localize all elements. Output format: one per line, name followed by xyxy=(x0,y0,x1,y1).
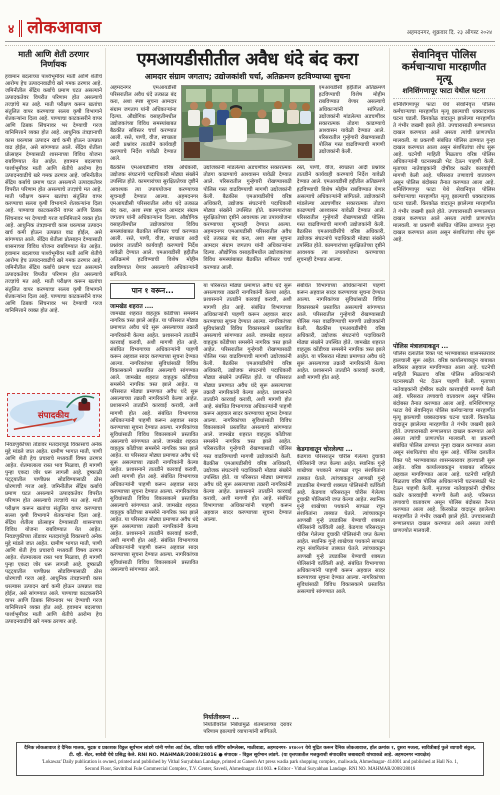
masthead-rule xyxy=(5,41,495,46)
export-subheadline: निर्यातीवरून ... xyxy=(203,712,291,721)
main-subheadline: आमदार संग्राम जगताप; उद्योजकांशी चर्चा, … xyxy=(110,72,385,82)
section-divider xyxy=(110,280,385,281)
main-headline: एमआयडीसीतील अवैध धंदे बंद करा xyxy=(110,51,385,70)
imprint-marathi-line2: टी. व्ही. सेंटर, सावेडी येथे प्रसिद्ध के… xyxy=(23,752,477,759)
imprint-english-line1: 'Lokawaz' Daily publication is owned, pr… xyxy=(23,759,477,766)
page-number: ४ xyxy=(8,20,22,37)
masthead: ४ लोकआवाज अहमदनगर, शुक्रवार दि. २३ ऑगस्ट… xyxy=(0,0,500,40)
imprint-marathi-line1: दैनिक लोकआवाज हे दैनिक मालक, मुद्रक व प्… xyxy=(23,745,477,752)
lede-row: अहमदनगर एमआयडीसी परिसरातील अवैध धंदे तत्… xyxy=(110,85,385,161)
continuation-col3-text: संबंधित विभागाच्या अधिकाऱ्यांनी पाहणी कर… xyxy=(297,283,385,441)
meeting-photo-illustration xyxy=(182,86,314,160)
main-story-columns: बैठकीस एमआयडीसीचे वरिष्ठ अधिकारी, उद्योज… xyxy=(110,165,385,277)
police-ministry-subheadline: पोलिस मंत्रालयाकडून ... xyxy=(393,341,495,350)
continuation-lead: जामखेड शहरात .... xyxy=(110,302,198,310)
page-body: माती आणि शेती ठरणार निर्णायक हवामान बदला… xyxy=(0,48,500,738)
editorial-graphic: संपादकीय xyxy=(7,393,100,437)
newspaper-logo: लोकआवाज xyxy=(27,15,101,38)
continuation-col2-text: या परिसरात मोठ्या प्रमाणात अवैध धंदे सुर… xyxy=(203,283,291,709)
dateline: अहमदनगर, शुक्रवार दि. २३ ऑगस्ट २०२४ xyxy=(407,28,492,38)
continuation-col1-text: जामखेड शहरात वाहतूक कोंडीच्या समस्येने न… xyxy=(110,311,198,738)
continuation-col3: संबंधित विभागाच्या अधिकाऱ्यांनी पाहणी कर… xyxy=(297,283,385,738)
right-article-body-bottom: पोलिस दलातील रिक्त पदे भरण्याबाबत शासनस्… xyxy=(393,351,495,738)
brand: ४ लोकआवाज xyxy=(8,15,102,38)
right-article-body-top: शनिशिंगणापूर फाटा येथे सेवानिवृत्त पोलिस… xyxy=(393,102,495,338)
from-page-1-box: पान १ वरून... xyxy=(110,283,195,299)
continuation-col1: पान १ वरून... जामखेड शहरात .... जामखेड श… xyxy=(110,283,198,738)
center-section: एमआयडीसीतील अवैध धंदे बंद करा आमदार संग्… xyxy=(106,48,389,738)
newspaper-page: ४ लोकआवाज अहमदनगर, शुक्रवार दि. २३ ऑगस्ट… xyxy=(0,0,500,795)
continuation-section: पान १ वरून... जामखेड शहरात .... जामखेड श… xyxy=(110,283,385,738)
continuation-col2: या परिसरात मोठ्या प्रमाणात अवैध धंदे सुर… xyxy=(203,283,291,738)
lede-left-text: अहमदनगर एमआयडीसी परिसरातील अवैध धंदे तत्… xyxy=(110,85,177,161)
left-article-body-bottom: निवडणुकीच्या तोंडावर मतदारांपुढे विकासाच… xyxy=(5,442,102,738)
imprint-box: दैनिक लोकआवाज हे दैनिक मालक, मुद्रक व प्… xyxy=(16,742,484,776)
right-article-headline: सेवानिवृत्त पोलिस कर्मचाऱ्याचा मारहाणीत … xyxy=(393,50,495,86)
meeting-photo xyxy=(181,85,315,161)
left-article-headline: माती आणि शेती ठरणार निर्णायक xyxy=(5,50,102,70)
right-article-subheadline: शनिशिंगणापूर फाटा येथील घटना xyxy=(393,87,495,99)
editorial-label: संपादकीय xyxy=(38,409,69,421)
right-article-column: सेवानिवृत्त पोलिस कर्मचाऱ्याचा मारहाणीत … xyxy=(389,48,495,738)
main-story-col2: उद्योजकांनी मांडलेल्या अडचणींवर सकारात्म… xyxy=(203,165,291,277)
main-story-col3: रस्ते, पाणी, वीज, स्वच्छता आदी प्रश्नांव… xyxy=(297,165,385,277)
imprint-english-line2: Second Floor, Savitribai Fule Commercial… xyxy=(23,766,477,773)
left-article-body-top: हवामान बदलाच्या पार्श्वभूमीवर माती आणि श… xyxy=(5,74,102,390)
theft-subheadline: केडगावातून चोरलेल्या ... xyxy=(297,444,385,453)
export-text: निर्यातीवरील निर्बंधांमुळे शेतमालाच्या द… xyxy=(203,722,291,738)
main-story-col1: बैठकीस एमआयडीसीचे वरिष्ठ अधिकारी, उद्योज… xyxy=(110,165,198,277)
left-article-column: माती आणि शेती ठरणार निर्णायक हवामान बदला… xyxy=(5,48,106,738)
theft-text: केडगाव परिसरातून चोरीस गेलेल्या दुचाकी प… xyxy=(297,454,385,738)
lede-right-text: एमआयडीसी हद्दीतील अतिक्रमणे हटविण्याची व… xyxy=(319,85,386,161)
